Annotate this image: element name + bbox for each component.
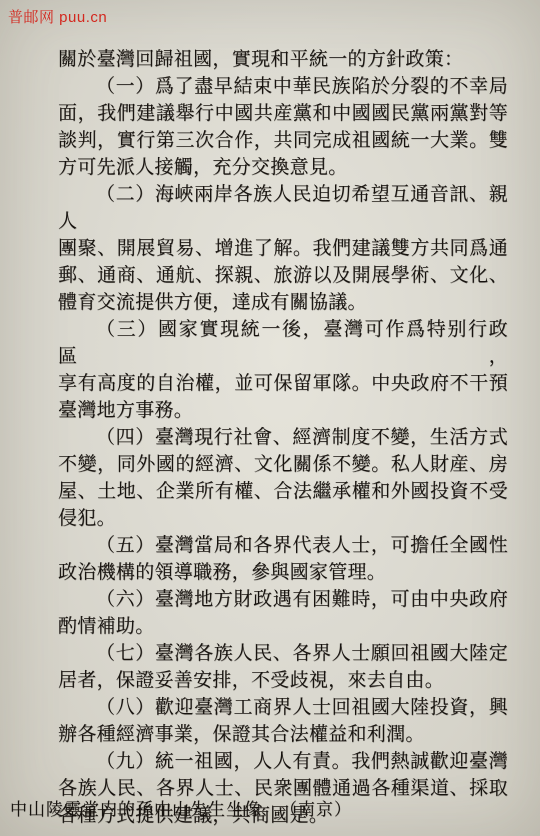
paragraph: （三）國家實現統一後，臺灣可作爲特别行政區，享有高度的自治權，並可保留軍隊。中央… — [58, 316, 508, 424]
text-line: （二）海峽兩岸各族人民迫切希望互通音訊、親人 — [58, 181, 508, 235]
site-watermark: 普邮网 puu.cn — [8, 6, 107, 27]
text-line: 團聚、開展貿易、增進了解。我們建議雙方共同爲通 — [58, 235, 508, 262]
text-line: 享有高度的自治權，並可保留軍隊。中央政府不干預 — [58, 370, 508, 397]
document-text-block: 關於臺灣回歸祖國，實現和平統一的方針政策：（一）爲了盡早結束中華民族陷於分裂的不… — [58, 46, 508, 829]
paragraph: （一）爲了盡早結束中華民族陷於分裂的不幸局面，我們建議舉行中國共産黨和中國國民黨… — [58, 73, 508, 181]
text-line: （九）統一祖國，人人有責。我們熱誠歡迎臺灣 — [58, 748, 508, 775]
text-line: 辦各種經濟事業，保證其合法權益和利潤。 — [58, 721, 508, 748]
caption-location: （南京） — [280, 800, 352, 819]
text-line: （三）國家實現統一後，臺灣可作爲特别行政區， — [58, 316, 508, 370]
text-line: 體育交流提供方便，達成有關協議。 — [58, 289, 508, 316]
text-line: （七）臺灣各族人民、各界人士願回祖國大陸定 — [58, 640, 508, 667]
text-line: 郵、通商、通航、探親、旅游以及開展學術、文化、 — [58, 262, 508, 289]
text-line: 屋、土地、企業所有權、合法繼承權和外國投資不受 — [58, 478, 508, 505]
text-line: 談判，實行第三次合作，共同完成祖國統一大業。雙 — [58, 127, 508, 154]
text-line: （六）臺灣地方財政遇有困難時，可由中央政府 — [58, 586, 508, 613]
text-line: （一）爲了盡早結束中華民族陷於分裂的不幸局 — [58, 73, 508, 100]
text-line: 臺灣地方事務。 — [58, 397, 508, 424]
text-line: 不變，同外國的經濟、文化關係不變。私人財産、房 — [58, 451, 508, 478]
paragraph: （八）歡迎臺灣工商界人士回祖國大陸投資，興辦各種經濟事業，保證其合法權益和利潤。 — [58, 694, 508, 748]
paragraph: （七）臺灣各族人民、各界人士願回祖國大陸定居者，保證妥善安排，不受歧視，來去自由… — [58, 640, 508, 694]
text-line: 侵犯。 — [58, 505, 508, 532]
text-line: 酌情補助。 — [58, 613, 508, 640]
paragraph: （五）臺灣當局和各界代表人士，可擔任全國性政治機構的領導職務，參與國家管理。 — [58, 532, 508, 586]
paragraph: （六）臺灣地方財政遇有困難時，可由中央政府酌情補助。 — [58, 586, 508, 640]
text-line: 關於臺灣回歸祖國，實現和平統一的方針政策： — [58, 46, 508, 73]
text-line: 面，我們建議舉行中國共産黨和中國國民黨兩黨對等 — [58, 100, 508, 127]
paragraph: 關於臺灣回歸祖國，實現和平統一的方針政策： — [58, 46, 508, 73]
photo-caption: 中山陵靈堂内的孫中山先生坐像（南京） — [10, 795, 352, 820]
text-line: （五）臺灣當局和各界代表人士，可擔任全國性 — [58, 532, 508, 559]
text-line: 居者，保證妥善安排，不受歧視，來去自由。 — [58, 667, 508, 694]
paragraph: （四）臺灣現行社會、經濟制度不變，生活方式不變，同外國的經濟、文化關係不變。私人… — [58, 424, 508, 532]
text-line: 方可先派人接觸，充分交換意見。 — [58, 154, 508, 181]
text-line: 政治機構的領導職務，參與國家管理。 — [58, 559, 508, 586]
scanned-document-page: 普邮网 puu.cn 關於臺灣回歸祖國，實現和平統一的方針政策：（一）爲了盡早結… — [0, 0, 540, 836]
caption-title: 中山陵靈堂内的孫中山先生坐像 — [10, 800, 262, 819]
text-line: （四）臺灣現行社會、經濟制度不變，生活方式 — [58, 424, 508, 451]
paragraph: （二）海峽兩岸各族人民迫切希望互通音訊、親人團聚、開展貿易、增進了解。我們建議雙… — [58, 181, 508, 316]
text-line: （八）歡迎臺灣工商界人士回祖國大陸投資，興 — [58, 694, 508, 721]
